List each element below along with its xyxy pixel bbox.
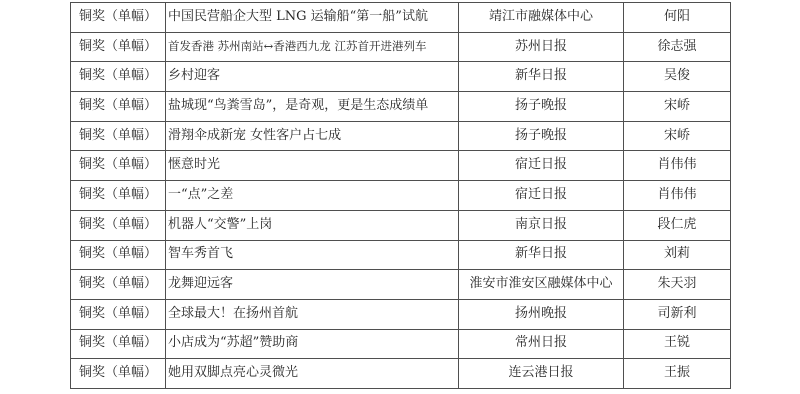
title-cell: 惬意时光: [166, 151, 459, 181]
award-cell: 铜奖（单幅）: [71, 299, 166, 329]
award-cell: 铜奖（单幅）: [71, 210, 166, 240]
media-cell: 宿迁日报: [459, 181, 624, 211]
author-cell: 段仁虎: [624, 210, 731, 240]
author-cell: 吴俊: [624, 62, 731, 92]
title-cell: 龙舞迎远客: [166, 270, 459, 300]
table-row: 铜奖（单幅） 盐城现“鸟粪雪岛”，是奇观，更是生态成绩单 扬子晚报 宋峤: [71, 92, 731, 122]
media-cell: 新华日报: [459, 62, 624, 92]
table-row: 铜奖（单幅） 机器人“交警”上岗 南京日报 段仁虎: [71, 210, 731, 240]
table-row: 铜奖（单幅） 龙舞迎远客 淮安市淮安区融媒体中心 朱天羽: [71, 270, 731, 300]
media-cell: 扬子晚报: [459, 121, 624, 151]
media-cell: 宿迁日报: [459, 151, 624, 181]
author-cell: 何阳: [624, 3, 731, 33]
title-cell: 智车秀首飞: [166, 240, 459, 270]
media-cell: 扬州晚报: [459, 299, 624, 329]
media-cell: 扬子晚报: [459, 92, 624, 122]
award-cell: 铜奖（单幅）: [71, 329, 166, 359]
media-cell: 常州日报: [459, 329, 624, 359]
table-row: 铜奖（单幅） 中国民营船企大型 LNG 运输船“第一船”试航 靖江市融媒体中心 …: [71, 3, 731, 33]
table-row: 铜奖（单幅） 惬意时光 宿迁日报 肖伟伟: [71, 151, 731, 181]
award-cell: 铜奖（单幅）: [71, 151, 166, 181]
award-cell: 铜奖（单幅）: [71, 181, 166, 211]
award-cell: 铜奖（单幅）: [71, 62, 166, 92]
table-row: 铜奖（单幅） 首发香港 苏州南站↔香港西九龙 江苏首开进港列车 苏州日报 徐志强: [71, 32, 731, 62]
title-cell: 盐城现“鸟粪雪岛”，是奇观，更是生态成绩单: [166, 92, 459, 122]
title-cell: 中国民营船企大型 LNG 运输船“第一船”试航: [166, 3, 459, 33]
author-cell: 朱天羽: [624, 270, 731, 300]
title-cell: 机器人“交警”上岗: [166, 210, 459, 240]
author-cell: 司新利: [624, 299, 731, 329]
table-row: 铜奖（单幅） 滑翔伞成新宠 女性客户占七成 扬子晚报 宋峤: [71, 121, 731, 151]
author-cell: 刘莉: [624, 240, 731, 270]
author-cell: 宋峤: [624, 92, 731, 122]
title-cell: 乡村迎客: [166, 62, 459, 92]
table-row: 铜奖（单幅） 全球最大！在扬州首航 扬州晚报 司新利: [71, 299, 731, 329]
document-page: 铜奖（单幅） 中国民营船企大型 LNG 运输船“第一船”试航 靖江市融媒体中心 …: [0, 0, 800, 394]
title-cell: 首发香港 苏州南站↔香港西九龙 江苏首开进港列车: [166, 32, 459, 62]
table-row: 铜奖（单幅） 乡村迎客 新华日报 吴俊: [71, 62, 731, 92]
media-cell: 淮安市淮安区融媒体中心: [459, 270, 624, 300]
media-cell: 南京日报: [459, 210, 624, 240]
author-cell: 肖伟伟: [624, 151, 731, 181]
author-cell: 肖伟伟: [624, 181, 731, 211]
awards-table: 铜奖（单幅） 中国民营船企大型 LNG 运输船“第一船”试航 靖江市融媒体中心 …: [70, 2, 731, 389]
title-cell: 小店成为“苏超”赞助商: [166, 329, 459, 359]
award-cell: 铜奖（单幅）: [71, 92, 166, 122]
media-cell: 连云港日报: [459, 359, 624, 389]
title-cell: 她用双脚点亮心灵微光: [166, 359, 459, 389]
title-cell: 滑翔伞成新宠 女性客户占七成: [166, 121, 459, 151]
author-cell: 徐志强: [624, 32, 731, 62]
table-row: 铜奖（单幅） 一“点”之差 宿迁日报 肖伟伟: [71, 181, 731, 211]
media-cell: 新华日报: [459, 240, 624, 270]
award-cell: 铜奖（单幅）: [71, 121, 166, 151]
title-cell: 全球最大！在扬州首航: [166, 299, 459, 329]
table-row: 铜奖（单幅） 小店成为“苏超”赞助商 常州日报 王锐: [71, 329, 731, 359]
media-cell: 苏州日报: [459, 32, 624, 62]
media-cell: 靖江市融媒体中心: [459, 3, 624, 33]
table-row: 铜奖（单幅） 她用双脚点亮心灵微光 连云港日报 王振: [71, 359, 731, 389]
table-row: 铜奖（单幅） 智车秀首飞 新华日报 刘莉: [71, 240, 731, 270]
author-cell: 宋峤: [624, 121, 731, 151]
author-cell: 王振: [624, 359, 731, 389]
award-cell: 铜奖（单幅）: [71, 32, 166, 62]
title-cell: 一“点”之差: [166, 181, 459, 211]
award-cell: 铜奖（单幅）: [71, 359, 166, 389]
award-cell: 铜奖（单幅）: [71, 3, 166, 33]
award-cell: 铜奖（单幅）: [71, 240, 166, 270]
author-cell: 王锐: [624, 329, 731, 359]
award-cell: 铜奖（单幅）: [71, 270, 166, 300]
